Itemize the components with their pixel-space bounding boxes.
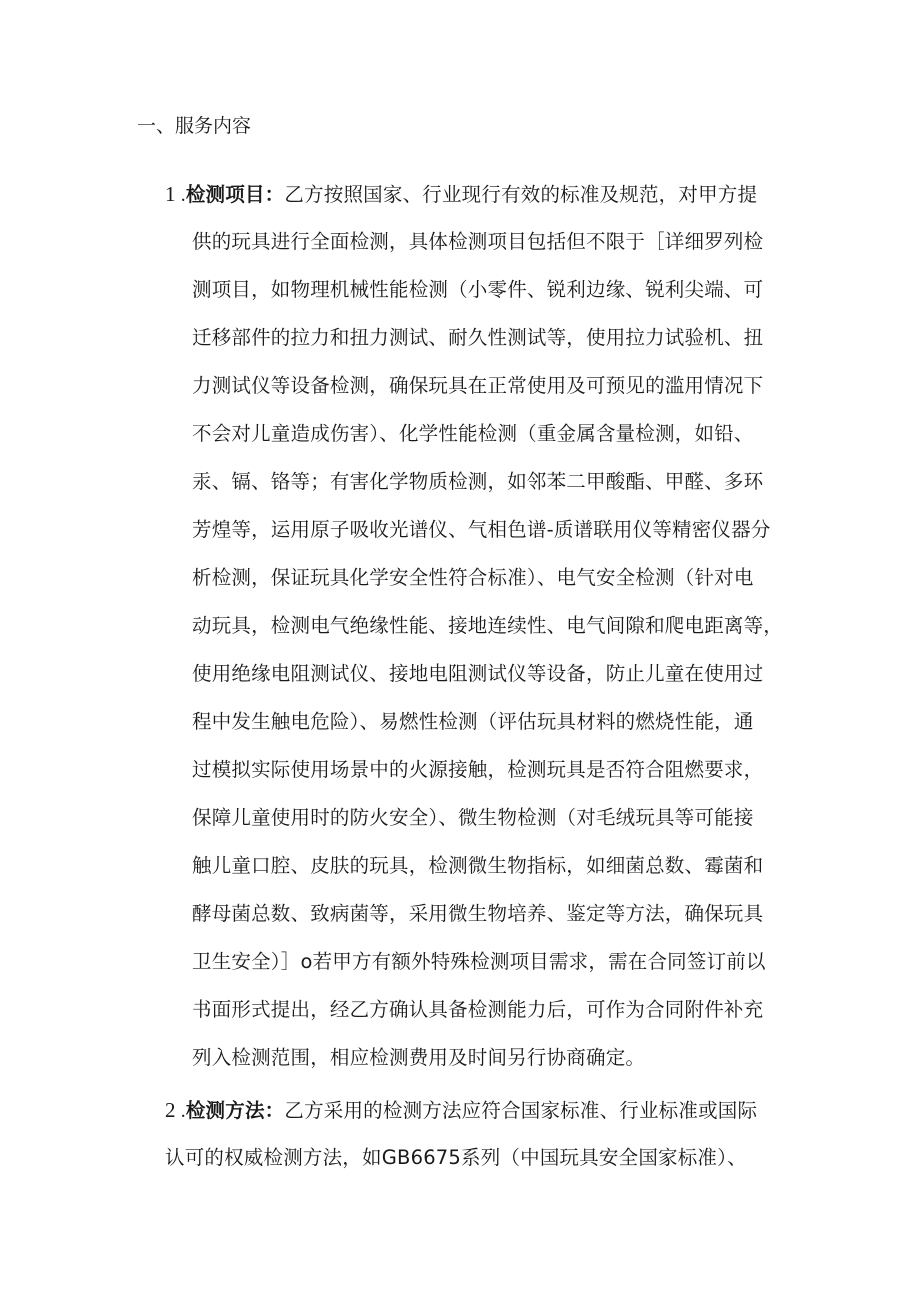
item-1-line: 测项目，如物理机械性能检测（小零件、锐利边缘、锐利尖端、可 bbox=[192, 276, 763, 304]
item-1-line: 程中发生触电危险）、易燃性检测（评估玩具材料的燃烧性能，通 bbox=[192, 708, 754, 736]
item-2-first-line: 2 .检测方法：乙方采用的检测方法应符合国家标准、行业标准或国际 bbox=[165, 1096, 757, 1126]
item-1-first-line: 1 .检测项目：乙方按照国家、行业现行有效的标准及规范，对甲方提 bbox=[165, 180, 757, 210]
item-1-line: 触儿童口腔、皮肤的玩具，检测微生物指标，如细菌总数、霉菌和 bbox=[192, 852, 763, 880]
item-1-line: 酵母菌总数、致病菌等，采用微生物培养、鉴定等方法，确保玩具 bbox=[192, 900, 763, 928]
item-1-line: 芳煌等，运用原子吸收光谱仪、气相色谱-质谱联用仪等精密仪器分 bbox=[192, 516, 771, 544]
item-title: 检测项目： bbox=[186, 183, 285, 206]
item-1-line: 卫生安全）］o若甲方有额外特殊检测项目需求，需在合同签订前以 bbox=[192, 948, 766, 976]
item-number: 2 bbox=[165, 1098, 176, 1122]
item-2-line: 认可的权威检测方法，如GB6675系列（中国玩具安全国家标准）、 bbox=[165, 1144, 747, 1172]
item-1-line: 书面形式提出，经乙方确认具备检测能力后，可作为合同附件补充 bbox=[192, 996, 763, 1024]
item-separator: . bbox=[176, 185, 186, 206]
item-title: 检测方法： bbox=[186, 1099, 285, 1122]
item-separator: . bbox=[176, 1101, 186, 1122]
item-1-line: 列入检测范围，相应检测费用及时间另行协商确定。 bbox=[192, 1044, 645, 1072]
item-1-line: 析检测，保证玩具化学安全性符合标准）、电气安全检测（针对电 bbox=[192, 564, 754, 592]
item-1-line: 迁移部件的拉力和扭力测试、耐久性测试等，使用拉力试验机、扭 bbox=[192, 324, 763, 352]
item-text: 乙方按照国家、行业现行有效的标准及规范，对甲方提 bbox=[284, 183, 757, 206]
item-1-line: 力测试仪等设备检测，确保玩具在正常使用及可预见的滥用情况下 bbox=[192, 372, 763, 400]
item-text: 乙方采用的检测方法应符合国家标准、行业标准或国际 bbox=[284, 1099, 757, 1122]
item-1-line: 不会对儿童造成伤害）、化学性能检测（重金属含量检测，如铅、 bbox=[192, 420, 754, 448]
document-page: 一、服务内容 1 .检测项目：乙方按照国家、行业现行有效的标准及规范，对甲方提 … bbox=[0, 0, 920, 1301]
item-number: 1 bbox=[165, 182, 176, 206]
item-1-line: 使用绝缘电阻测试仪、接地电阻测试仪等设备，防止儿童在使用过 bbox=[192, 660, 763, 688]
item-1-line: 过模拟实际使用场景中的火源接触，检测玩具是否符合阻燃要求， bbox=[192, 756, 763, 784]
item-1-line: 保障儿童使用时的防火安全）、微生物检测（对毛绒玩具等可能接 bbox=[192, 804, 754, 832]
section-heading: 一、服务内容 bbox=[137, 112, 251, 140]
item-1-line: 汞、镉、铬等；有害化学物质检测，如邻苯二甲酸酯、甲醛、多环 bbox=[192, 468, 763, 496]
item-1-line: 供的玩具进行全面检测，具体检测项目包括但不限于［详细罗列检 bbox=[192, 228, 763, 256]
item-1-line: 动玩具，检测电气绝缘性能、接地连续性、电气间隙和爬电距离等， bbox=[192, 612, 783, 640]
